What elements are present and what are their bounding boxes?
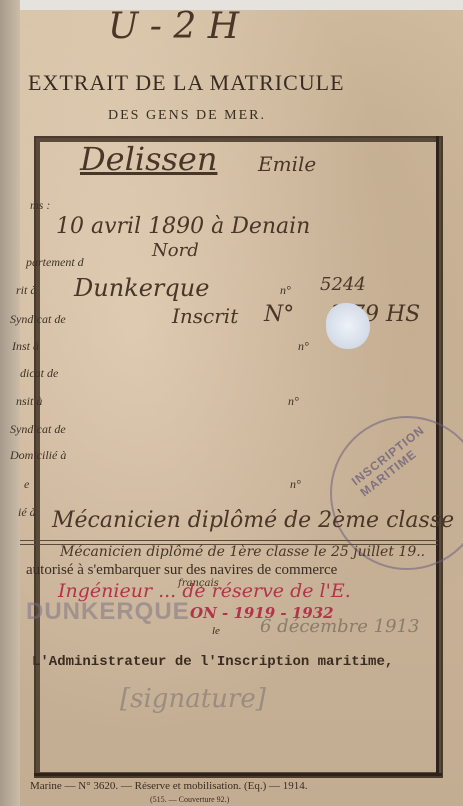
field-label-syndicate: Syndicat de (10, 312, 66, 327)
field-number-label-syndicate: N° (264, 302, 294, 327)
administrator-signature: [signature] (120, 684, 266, 714)
footer-line-2: (515. — Couverture 92.) (150, 795, 229, 804)
field-label-rank: ié à (18, 505, 36, 520)
first-name: Emile (258, 152, 316, 176)
handwritten-reference: U - 2 H (108, 6, 239, 47)
francais-label: français (178, 578, 219, 589)
field-value-rank: Mécanicien diplômé de 2ème classe (52, 508, 454, 533)
field-number-label-transit: n° (288, 394, 299, 409)
issue-date: 6 décembre 1913 (260, 616, 419, 637)
field-value-registered: Dunkerque (74, 274, 209, 302)
field-label-e: e (24, 477, 29, 492)
field-value-department: Nord (152, 240, 199, 261)
paper-hole (326, 303, 370, 349)
date-prefix: le (212, 625, 220, 637)
field-label-syndicate-2: dicat de (20, 366, 58, 381)
authorization-text: autorisé à s'embarquer sur des navires d… (26, 562, 337, 579)
field-number-label-e: n° (290, 477, 301, 492)
field-label-birth: ms : (30, 198, 50, 213)
field-value-birth: 10 avril 1890 à Denain (56, 214, 310, 239)
field-number-registered: 5244 (320, 274, 366, 295)
title-line-2: DES GENS DE MER. (108, 108, 266, 124)
field-value-syndicate: Inscrit (172, 304, 238, 328)
field-label-inst-1: Inst à (12, 339, 39, 354)
field-number-label-inst-1: n° (298, 339, 309, 354)
surname: Delissen (80, 140, 217, 178)
divider-line (20, 540, 438, 541)
footer-line-1: Marine — N° 3620. — Réserve et mobilisat… (30, 780, 308, 792)
field-label-registered: rit à (16, 283, 36, 298)
title-line-1: EXTRAIT DE LA MATRICULE (28, 70, 345, 96)
field-label-syndicate-3: Syndicat de (10, 422, 66, 437)
field-number-label-registered: n° (280, 283, 291, 298)
frame-bottom-border (34, 773, 442, 776)
field-label-department: partement d (26, 255, 84, 270)
city-stamp: DUNKERQUE (26, 598, 190, 626)
field-label-transit: nsit à (16, 394, 42, 409)
administrator-title: L'Administrateur de l'Inscription mariti… (32, 654, 393, 670)
annotation-first-class: Mécanicien diplômé de 1ère classe le 25 … (60, 544, 425, 560)
field-label-domicile: Domicilié à (10, 448, 66, 463)
